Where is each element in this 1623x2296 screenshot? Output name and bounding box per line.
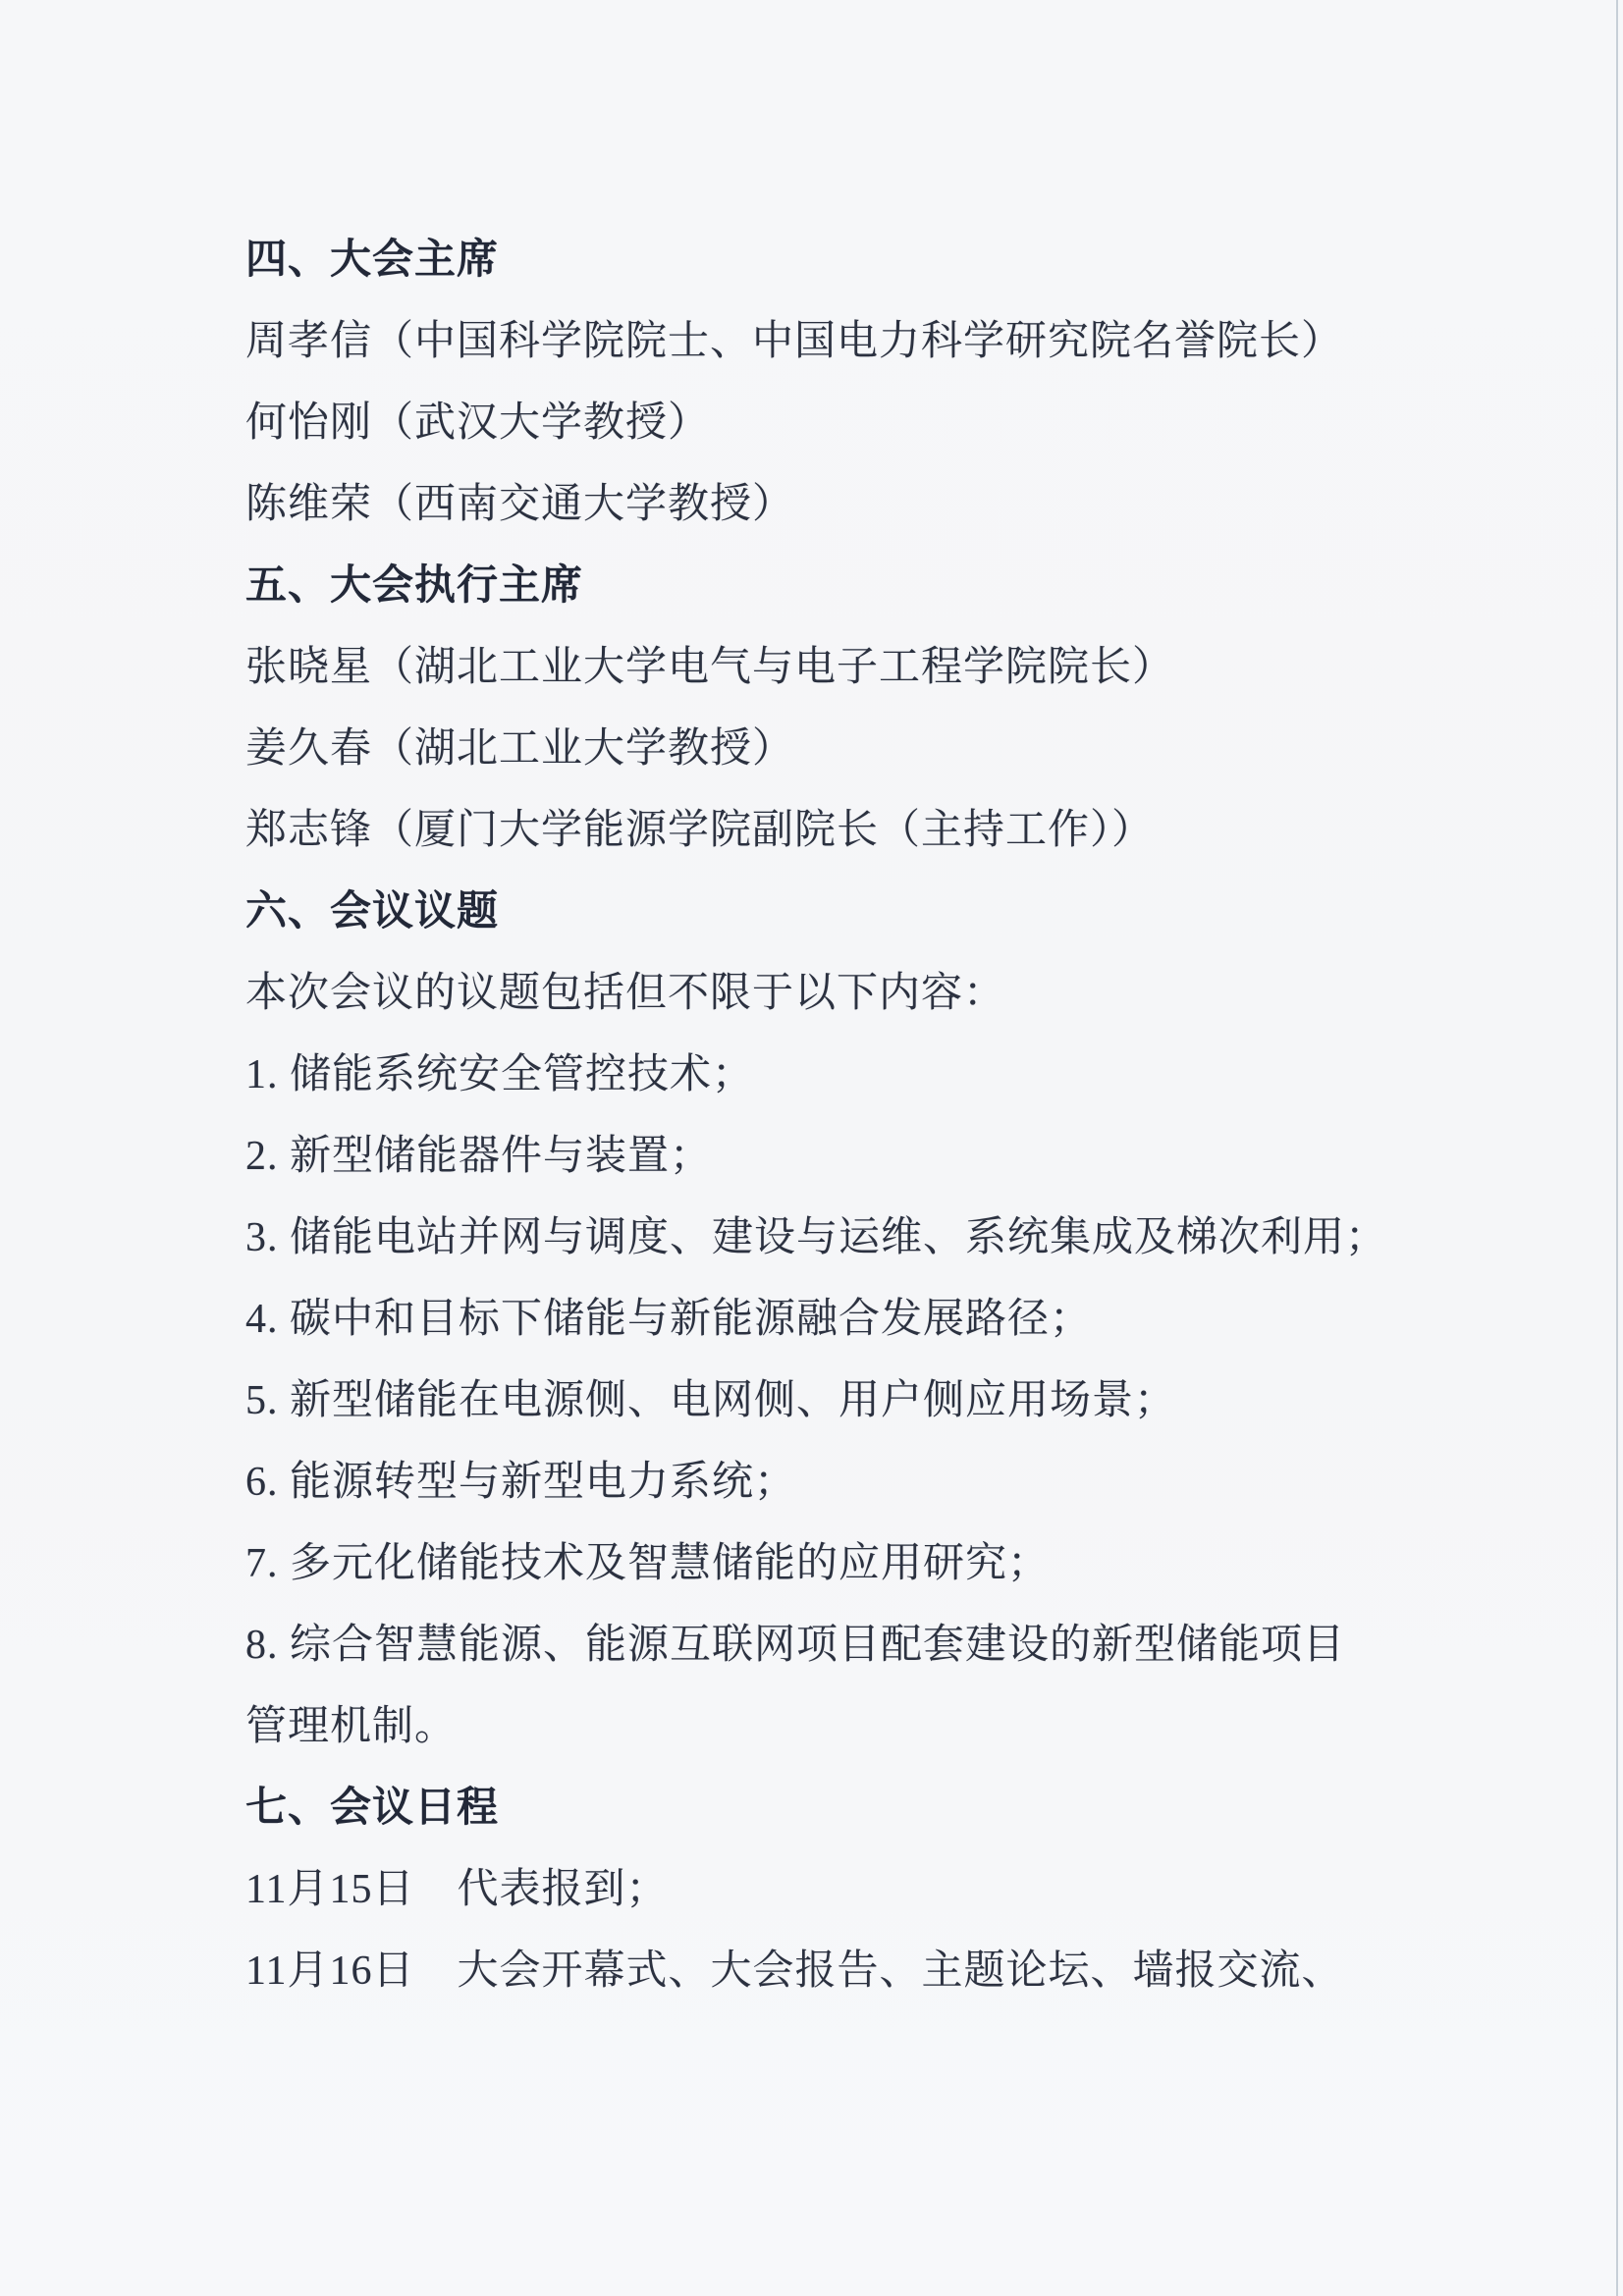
topic-item-4: 4. 碳中和目标下储能与新能源融合发展路径；	[245, 1279, 1623, 1361]
topic-item-1: 1. 储能系统安全管控技术；	[245, 1035, 1623, 1116]
topic-item-8-continuation: 管理机制。	[245, 1686, 1623, 1768]
topic-item-5: 5. 新型储能在电源侧、电网侧、用户侧应用场景；	[245, 1361, 1623, 1442]
topic-item-7: 7. 多元化储能技术及智慧储能的应用研究；	[245, 1523, 1623, 1605]
topics-intro-line: 本次会议的议题包括但不限于以下内容：	[245, 953, 1623, 1035]
section-heading-agenda: 七、会议日程	[245, 1768, 1623, 1849]
section-heading-conference-chair: 四、大会主席	[245, 220, 1623, 301]
document-page: 四、大会主席 周孝信（中国科学院院士、中国电力科学研究院名誉院长） 何怡刚（武汉…	[0, 0, 1623, 2296]
scan-edge-artifact	[1616, 0, 1618, 2296]
executive-chair-name-line: 张晓星（湖北工业大学电气与电子工程学院院长）	[245, 627, 1623, 709]
topic-item-2: 2. 新型储能器件与装置；	[245, 1116, 1623, 1198]
agenda-line-nov16: 11月16日 大会开幕式、大会报告、主题论坛、墙报交流、	[245, 1931, 1623, 2012]
topic-item-6: 6. 能源转型与新型电力系统；	[245, 1442, 1623, 1523]
topic-item-8: 8. 综合智慧能源、能源互联网项目配套建设的新型储能项目	[245, 1605, 1623, 1686]
section-heading-executive-chair: 五、大会执行主席	[245, 546, 1623, 627]
executive-chair-name-line: 郑志锋（厦门大学能源学院副院长（主持工作））	[245, 790, 1623, 872]
chair-name-line: 周孝信（中国科学院院士、中国电力科学研究院名誉院长）	[245, 301, 1623, 383]
chair-name-line: 何怡刚（武汉大学教授）	[245, 383, 1623, 464]
agenda-line-nov15: 11月15日 代表报到；	[245, 1849, 1623, 1931]
section-heading-topics: 六、会议议题	[245, 872, 1623, 953]
chair-name-line: 陈维荣（西南交通大学教授）	[245, 464, 1623, 546]
topic-item-3: 3. 储能电站并网与调度、建设与运维、系统集成及梯次利用；	[245, 1198, 1623, 1279]
executive-chair-name-line: 姜久春（湖北工业大学教授）	[245, 709, 1623, 790]
